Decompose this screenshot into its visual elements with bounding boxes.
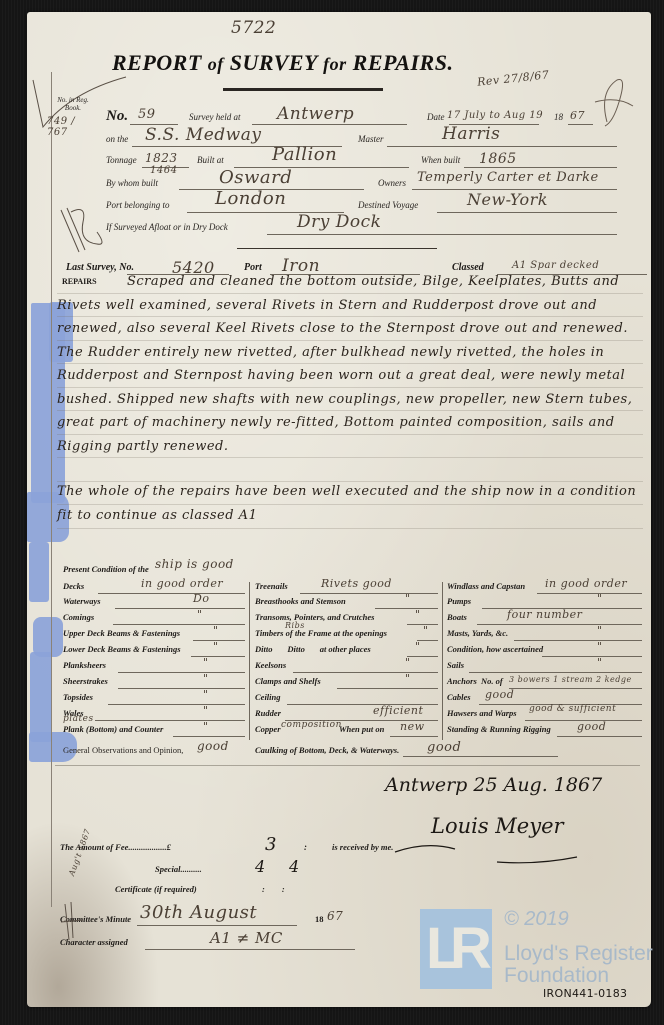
- archive-id: IRON441-0183: [543, 987, 627, 1000]
- lr-logo: L R: [420, 909, 492, 989]
- committee-minute-value: 30th August: [140, 902, 257, 923]
- no-label: No.: [106, 108, 128, 125]
- signature-underline-icon: [387, 827, 587, 867]
- caulking-value: good: [427, 740, 461, 755]
- special-label: Special..........: [155, 864, 202, 874]
- builder-value: Osward: [219, 167, 292, 188]
- port-label: Port belonging to: [106, 200, 170, 210]
- when-built-label: When built: [421, 155, 460, 165]
- year-suffix: 67: [570, 109, 585, 122]
- built-at-value: Pallion: [272, 144, 337, 165]
- reg-book-label: No. in Reg. Book.: [53, 96, 93, 112]
- fee-margin-note: Aug't 1867: [67, 828, 92, 877]
- watermark-org-line2: Foundation: [504, 964, 609, 988]
- port-value: London: [215, 188, 286, 209]
- certificate-colons: : :: [262, 884, 285, 894]
- committee-year-prefix: 18: [315, 914, 324, 924]
- voyage-value: New-York: [467, 190, 548, 209]
- master-name: Harris: [442, 124, 500, 144]
- survey-held-label: Survey held at: [189, 112, 240, 122]
- general-observations-label: General Observations and Opinion,: [63, 745, 183, 755]
- initials-icon: [57, 900, 87, 945]
- condition-heading-value: ship is good: [155, 557, 234, 571]
- title-underline: [223, 88, 383, 91]
- master-label: Master: [358, 134, 384, 144]
- blue-ink-stain: [33, 617, 63, 657]
- lr-logo-r: R: [450, 911, 492, 987]
- survey-document: 5722 REPORT of SURVEY for REPAIRS. Rev 2…: [27, 12, 651, 1007]
- voyage-label: Destined Voyage: [358, 200, 418, 210]
- watermark-org-line1: Lloyd's Register: [504, 942, 653, 966]
- received-label: is received by me.: [332, 842, 393, 852]
- section-divider: [55, 765, 640, 766]
- report-number: 59: [138, 107, 156, 122]
- fee-colon: :: [304, 842, 307, 852]
- tonnage-value: 1823: [145, 151, 178, 165]
- special-value-1: 4: [255, 857, 265, 876]
- general-observations-value: good: [197, 739, 229, 753]
- year-prefix: 18: [554, 112, 563, 122]
- caulking-label: Caulking of Bottom, Deck, & Waterways.: [255, 745, 399, 755]
- column-divider: [442, 582, 443, 740]
- blue-ink-stain: [30, 652, 52, 742]
- by-whom-label: By whom built: [106, 178, 158, 188]
- character-assigned-value: A1 ≠ MC: [210, 929, 283, 947]
- repairs-conclusion: The whole of the repairs have been well …: [57, 480, 647, 527]
- revision-note: Rev 27/8/67: [477, 68, 550, 88]
- blue-ink-stain: [29, 542, 49, 602]
- date-value: 17 July to Aug 19: [447, 110, 543, 121]
- initials-icon: [57, 202, 107, 257]
- certificate-label: Certificate (if required): [115, 884, 197, 894]
- watermark-copyright: © 2019: [504, 908, 569, 931]
- when-built-value: 1865: [479, 151, 517, 167]
- surveyed-value: Dry Dock: [297, 212, 381, 232]
- survey-held-value: Antwerp: [277, 104, 354, 124]
- repairs-description: Scraped and cleaned the bottom outside, …: [57, 270, 647, 458]
- page-title: REPORT of SURVEY for REPAIRS.: [112, 50, 453, 76]
- section-divider: [237, 248, 437, 249]
- ship-name: S.S. Medway: [145, 125, 261, 145]
- margin-reg-numbers: 749 / 767: [47, 116, 87, 138]
- initials-icon: [587, 72, 637, 132]
- signature-place-date: Antwerp 25 Aug. 1867: [385, 774, 602, 796]
- fee-amount-value: 3: [265, 834, 276, 855]
- owners-label: Owners: [378, 178, 406, 188]
- tonnage-label: Tonnage: [106, 155, 137, 165]
- ref-number: 5722: [231, 18, 276, 38]
- built-at-label: Built at: [197, 155, 224, 165]
- margin-line: [51, 72, 52, 907]
- date-label: Date: [427, 112, 445, 122]
- surveyed-label: If Surveyed Afloat or in Dry Dock: [106, 222, 228, 232]
- on-the-label: on the: [106, 134, 128, 144]
- column-divider: [249, 582, 250, 740]
- plates-annotation: plates: [63, 714, 94, 724]
- committee-year-suffix: 67: [327, 909, 343, 923]
- tonnage-alt-value: 1464: [150, 165, 177, 176]
- special-value-2: 4: [289, 857, 299, 876]
- condition-heading-label: Present Condition of the: [63, 564, 149, 574]
- owners-value: Temperly Carter et Darke: [417, 170, 599, 185]
